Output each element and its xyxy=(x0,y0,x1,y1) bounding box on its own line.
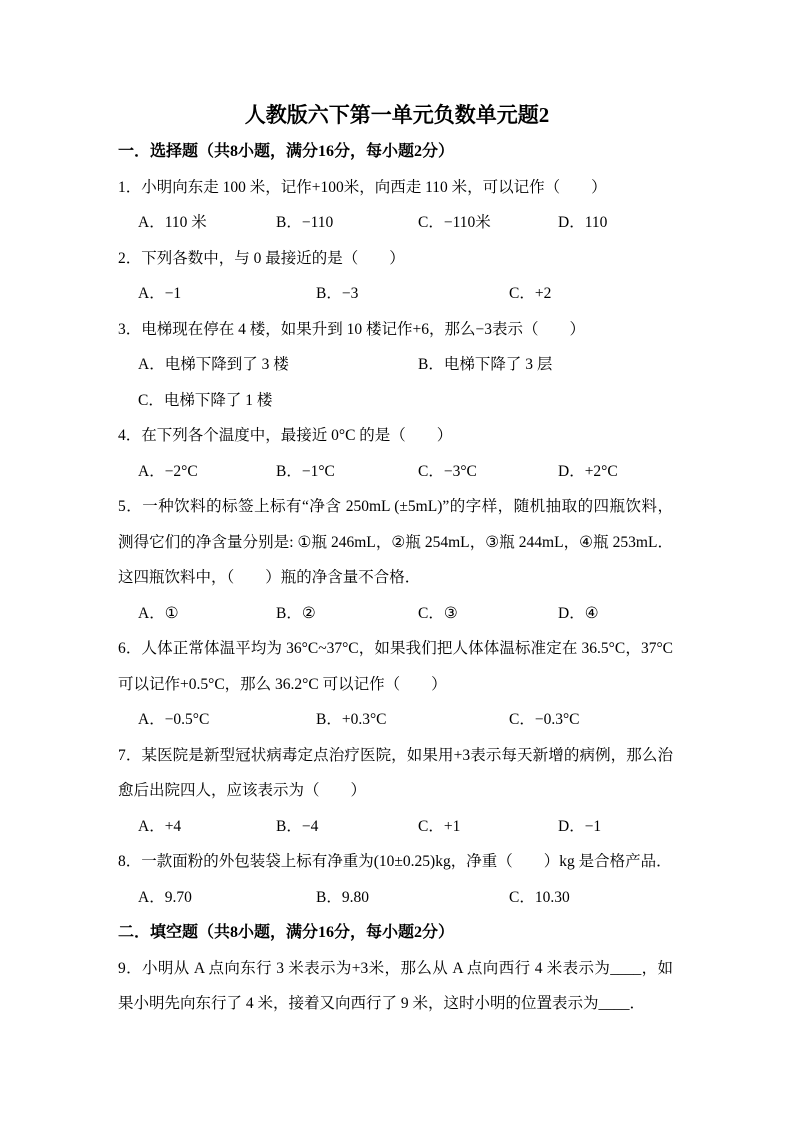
option-8a: A．9.70 xyxy=(138,880,192,916)
question-5-options: A．① B．② C．③ D．④ xyxy=(118,596,673,632)
question-6-stem: 6．人体正常体温平均为 36°C~37°C，如果我们把人体体温标准定在 36.5… xyxy=(118,631,673,702)
question-1-options: A．110 米 B．−110 C．−110米 D．110 xyxy=(118,205,673,241)
option-6b: B．+0.3°C xyxy=(316,702,387,738)
option-2c: C．+2 xyxy=(509,276,551,312)
option-5d: D．④ xyxy=(558,596,599,632)
option-6a: A．−0.5°C xyxy=(138,702,209,738)
option-2b: B．−3 xyxy=(316,276,358,312)
worksheet-page: 人教版六下第一单元负数单元题2 一．选择题（共8小题，满分16分，每小题2分） … xyxy=(0,0,794,1123)
worksheet-body: 一．选择题（共8小题，满分16分，每小题2分） 1．小明向东走 100 米，记作… xyxy=(118,134,673,1022)
question-4-options: A．−2°C B．−1°C C．−3°C D．+2°C xyxy=(118,454,673,490)
option-3a: A．电梯下降到了 3 楼 xyxy=(138,347,289,383)
option-2a: A．−1 xyxy=(138,276,181,312)
option-4c: C．−3°C xyxy=(418,454,477,490)
question-2-stem: 2．下列各数中，与 0 最接近的是（ ） xyxy=(118,241,673,277)
option-1a: A．110 米 xyxy=(138,205,207,241)
question-3-stem: 3．电梯现在停在 4 楼，如果升到 10 楼记作+6，那么−3表示（ ） xyxy=(118,312,673,348)
question-3-options-row1: A．电梯下降到了 3 楼 B．电梯下降了 3 层 xyxy=(118,347,673,383)
option-3b: B．电梯下降了 3 层 xyxy=(418,347,552,383)
option-8c: C．10.30 xyxy=(509,880,570,916)
option-8b: B．9.80 xyxy=(316,880,369,916)
option-1d: D．110 xyxy=(558,205,607,241)
section-1-heading: 一．选择题（共8小题，满分16分，每小题2分） xyxy=(118,134,673,170)
option-4d: D．+2°C xyxy=(558,454,618,490)
option-5c: C．③ xyxy=(418,596,458,632)
option-3c: C．电梯下降了 1 楼 xyxy=(138,383,272,419)
option-1c: C．−110米 xyxy=(418,205,491,241)
question-1-stem: 1．小明向东走 100 米，记作+100米，向西走 110 米，可以记作（ ） xyxy=(118,170,673,206)
question-5-stem: 5．一种饮料的标签上标有“净含 250mL (±5mL)”的字样，随机抽取的四瓶… xyxy=(118,489,673,596)
option-1b: B．−110 xyxy=(276,205,333,241)
question-8-stem: 8．一款面粉的外包装袋上标有净重为(10±0.25)kg，净重（ ）kg 是合格… xyxy=(118,844,673,880)
option-4a: A．−2°C xyxy=(138,454,198,490)
option-7a: A．+4 xyxy=(138,809,181,845)
question-7-stem: 7．某医院是新型冠状病毒定点治疗医院，如果用+3表示每天新增的病例，那么治愈后出… xyxy=(118,738,673,809)
question-3-options-row2: C．电梯下降了 1 楼 xyxy=(118,383,673,419)
option-7c: C．+1 xyxy=(418,809,460,845)
page-title: 人教版六下第一单元负数单元题2 xyxy=(0,0,794,129)
question-2-options: A．−1 B．−3 C．+2 xyxy=(118,276,673,312)
option-5b: B．② xyxy=(276,596,316,632)
option-4b: B．−1°C xyxy=(276,454,335,490)
question-8-options: A．9.70 B．9.80 C．10.30 xyxy=(118,880,673,916)
question-9-stem: 9．小明从 A 点向东行 3 米表示为+3米，那么从 A 点向西行 4 米表示为… xyxy=(118,951,673,1022)
option-6c: C．−0.3°C xyxy=(509,702,580,738)
question-6-options: A．−0.5°C B．+0.3°C C．−0.3°C xyxy=(118,702,673,738)
question-4-stem: 4．在下列各个温度中，最接近 0°C 的是（ ） xyxy=(118,418,673,454)
option-5a: A．① xyxy=(138,596,179,632)
option-7b: B．−4 xyxy=(276,809,318,845)
section-2-heading: 二．填空题（共8小题，满分16分，每小题2分） xyxy=(118,915,673,951)
question-7-options: A．+4 B．−4 C．+1 D．−1 xyxy=(118,809,673,845)
option-7d: D．−1 xyxy=(558,809,601,845)
